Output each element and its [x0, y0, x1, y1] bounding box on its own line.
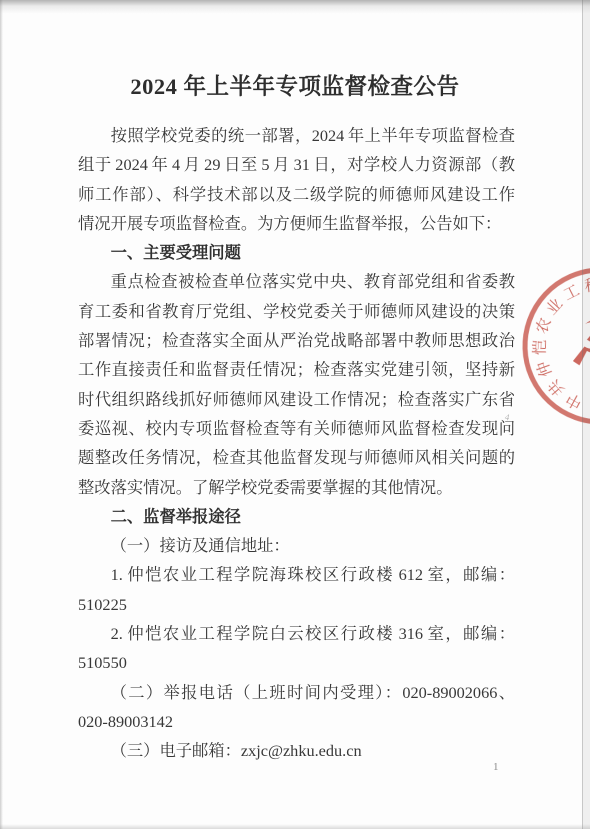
document-line: 题整改任务情况，检查其他监督发现与师德师风相关问题的 [78, 443, 515, 472]
document-line: 020-89003142 [78, 707, 515, 736]
document-line: 委巡视、校内专项监督检查等有关师德师风监督检查发现问 [78, 414, 515, 443]
document-line: （二）举报电话（上班时间内受理）：020-89002066、 [78, 678, 515, 707]
document-title: 2024 年上半年专项监督检查公告 [0, 69, 590, 101]
document-line: （一）接访及通信地址： [78, 531, 515, 560]
scanned-document-page: 2024 年上半年专项监督检查公告 按照学校党委的统一部署，2024 年上半年专… [0, 0, 590, 829]
document-line: 2. 仲恺农业工程学院白云校区行政楼 316 室，邮编： [78, 619, 515, 648]
scan-shadow-bottom [0, 824, 590, 829]
scan-page-edge-line [582, 0, 583, 829]
section-heading: 一、主要受理问题 [78, 238, 515, 267]
official-seal-stamp: 中共仲恺农业工程学院委员会 ☭ [503, 248, 590, 445]
section-heading: 二、监督举报途径 [78, 502, 515, 531]
document-line: 工作直接责任和监督责任情况；检查落实党建引领，坚持新 [78, 355, 515, 384]
document-line: 部署情况；检查落实全面从严治党战略部署中教师思想政治 [78, 326, 515, 355]
document-line: 组于 2024 年 4 月 29 日至 5 月 31 日，对学校人力资源部（教 [78, 150, 515, 179]
document-line: 510225 [78, 590, 515, 619]
document-line: 育工委和省教育厅党组、学校党委关于师德师风建设的决策 [78, 297, 515, 326]
document-line: 时代组织路线抓好师德师风建设工作情况；检查落实广东省 [78, 385, 515, 414]
document-line: 师工作部）、科学技术部以及二级学院的师德师风建设工作 [78, 180, 515, 209]
scan-shadow-left [0, 0, 3, 829]
scan-shadow-top [0, 0, 590, 16]
document-body: 按照学校党委的统一部署，2024 年上半年专项监督检查组于 2024 年 4 月… [78, 121, 515, 766]
document-line: 1. 仲恺农业工程学院海珠校区行政楼 612 室，邮编： [78, 560, 515, 589]
document-line: 510550 [78, 648, 515, 677]
document-line: 按照学校党委的统一部署，2024 年上半年专项监督检查 [78, 121, 515, 150]
document-line: 重点检查被检查单位落实党中央、教育部党组和省委教 [78, 267, 515, 296]
document-line: 情况开展专项监督检查。为方便师生监督举报，公告如下： [78, 209, 515, 238]
document-line: （三）电子邮箱：zxjc@zhku.edu.cn [78, 736, 515, 765]
document-line: 整改落实情况。了解学校党委需要掌握的其他情况。 [78, 473, 515, 502]
page-number: 1 [493, 761, 499, 773]
hammer-and-sickle-icon: ☭ [566, 306, 590, 381]
